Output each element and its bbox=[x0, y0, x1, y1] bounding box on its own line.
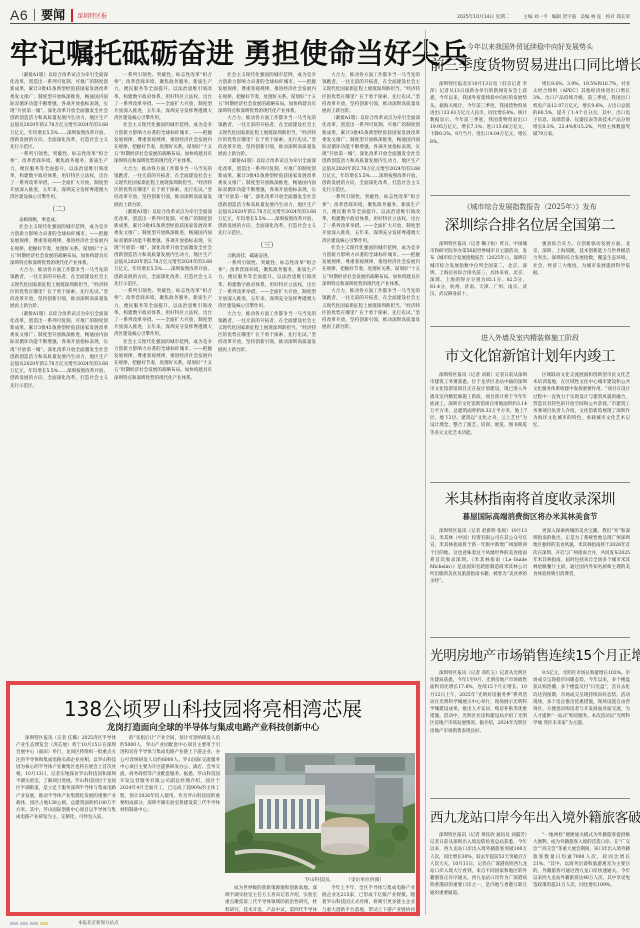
photo-caption: 罗山科技园。 （受访单位供图） bbox=[305, 876, 384, 883]
credit-art-editor: 美编 林 征 bbox=[580, 14, 601, 20]
story-body: 深圳特区报讯（记者 邓红玉）记者从光明区住建局获悉，今年1至9月，光明房地产市场… bbox=[430, 670, 630, 805]
credit-chief-editor: 主编 刘一平 bbox=[523, 14, 547, 20]
story-foreign-trade: 今年以来我国外贸延续稳中向好发展势头 前三季度货物贸易进出口同比增长4% 深圳特… bbox=[430, 42, 630, 196]
luoshan-tech-park-photo bbox=[225, 753, 415, 873]
masthead-red-divider bbox=[71, 9, 73, 22]
masthead: A6 要闻 深圳特区报 2025年10月14日 星期二 主编 刘一平 编辑 贺宇… bbox=[10, 6, 630, 24]
lead-paragraph: 社会主义现代化强国的城市范例，成为竞争力创新力影响力卓著的全球标杆城市。——把握… bbox=[218, 72, 316, 115]
section-mark-three: （三） bbox=[218, 242, 316, 249]
feature-column-3: 成为世界级的创新策源地和创新高地。深圳平湖实验室主任万玉喜向记者介绍，实验室重点… bbox=[225, 885, 317, 912]
lead-paragraph: （紧接A1版）以综合改革试点为牵引全面深化改革，创造出一系列可复制、可推广的制度… bbox=[10, 311, 108, 390]
color-bar bbox=[20, 922, 28, 925]
story-column: 深圳特区报讯（记者 黄钰欣 通讯员 刘露芳）记者日前从深圳出入境边防检查总站获悉… bbox=[430, 832, 527, 920]
story-column: 深圳特区报北京10月13日电（驻京记者 李萍）记者从13日国新办举行的新闻发布会… bbox=[430, 81, 527, 196]
masthead-divider bbox=[34, 9, 35, 21]
lead-paragraph: 社会主义现代化强国的城市范例，成为竞争力创新力影响力卓著的全球标杆城市。——把握… bbox=[322, 245, 420, 288]
story-column: 深圳特区报讯（记者 鞠子桓）昨日，中国城市和研究院举办第56届世界城市日主题活动… bbox=[430, 241, 527, 323]
lead-paragraph: 大合力，推动各方面工作都争当一马当先的领跑者，一往无前的开拓者，在全面建设社会主… bbox=[10, 267, 108, 310]
story-cultural-center: 进入外墙及室内精装修施工阶段 市文化馆新馆计划年内竣工 深圳特区报讯（记者 刘莉… bbox=[430, 333, 630, 480]
story-divider bbox=[430, 482, 630, 483]
lead-paragraph: 一系列引领性、突破性、标志性改革“组合拳”；改革营商环境，聚焦政务服务、新质生产… bbox=[322, 194, 420, 244]
feature-paragraph: 深圳特区报讯（记者 任璐）2025湾区半导体产业生态博览会（湾芯展）将于10月1… bbox=[16, 735, 116, 821]
story-headline: 西九龙站口岸今年出入境外籍旅客破百万 bbox=[430, 806, 630, 826]
lead-paragraph: （紧接A1版）以综合改革试点为牵引全面深化改革，创造出一系列可复制、可推广的制度… bbox=[322, 115, 420, 194]
section-label: 要闻 bbox=[41, 6, 65, 23]
lead-paragraph: 大合力，推动各方面工作都争当一马当先的领跑者，一往无前的开拓者，在全面建设社会主… bbox=[114, 166, 212, 209]
lead-paragraph: 社会主义现代化强国的城市范例，成为竞争力创新力影响力卓著的全球标杆城市。——把握… bbox=[10, 224, 108, 267]
story-west-kowloon: 西九龙站口岸今年出入境外籍旅客破百万 深圳特区报讯（记者 黄钰欣 通讯员 刘露芳… bbox=[430, 806, 630, 920]
lead-column-4: 大合力，推动各方面工作都争当一马当先的领跑者，一往无前的开拓者，在全面建设社会主… bbox=[322, 72, 420, 677]
story-column: 强劲综合实力。在创新驱动发展方面，北京、深圳、上海领跑，技术创新能力与世界级活力… bbox=[533, 241, 630, 323]
story-michelin: 米其林指南将首度收录深圳 暮屋国际高端消费街区将办米其林美食节 深圳特区报讯（记… bbox=[430, 488, 630, 643]
story-body: 深圳特区报讯（记者 黄钰欣 通讯员 刘露芳）记者日前从深圳出入境边防检查总站获悉… bbox=[430, 832, 630, 920]
story-headline: 深圳综合排名位居全国第二 bbox=[430, 214, 630, 235]
feature-paragraph: 的“先租后让”产业空间，预计可容纳研发人员约5000人，罗山产业园配套中心项目主… bbox=[120, 735, 220, 814]
lead-paragraph: 大合力，推动各方面工作都争当一马当先的领跑者，一往无前的开拓者，在全面建设社会主… bbox=[218, 115, 316, 158]
section-two-lead: 奋楫扬帆，事竟成。 bbox=[10, 217, 108, 224]
page-number: A6 bbox=[10, 7, 28, 23]
lead-paragraph: （紧接A1版）以综合改革试点为牵引全面深化改革，创造出一系列可复制、可推广的制度… bbox=[10, 72, 108, 151]
issue-date: 2025年10月14日 星期二 bbox=[457, 14, 509, 20]
section-three-lead: 云帆高挂，砥砺奋进。 bbox=[218, 253, 316, 260]
story-body: 深圳特区报讯（记者 赵新明 张锐）10月13日，米其林（中国）投资有限公司在其公… bbox=[430, 528, 630, 643]
lead-paragraph: （紧接A1版）以综合改革试点为牵引全面深化改革，创造出一系列可复制、可推广的制度… bbox=[114, 209, 212, 288]
story-column: 深圳特区报讯（记者 刘莉）记者日前从深圳市建筑工务署获悉，位于龙华区北站中轴的深… bbox=[430, 372, 527, 480]
story-body: 深圳特区报讯（记者 刘莉）记者日前从深圳市建筑工务署获悉，位于龙华区北站中轴的深… bbox=[430, 372, 630, 480]
lead-paragraph: 社会主义现代化强国的城市范例，成为竞争力创新力影响力卓著的全球标杆城市。——把握… bbox=[114, 339, 212, 382]
editor-credits: 主编 刘一平 编辑 贺宇波 美编 林 征 校对 郑长荣 bbox=[523, 14, 630, 20]
feature-headline: 138公顷罗山科技园将亮相湾芯展 bbox=[10, 693, 416, 722]
story-column: 增长9.6%、3.9%、19.5%和16.7%，对亚太经合组织（APEC）其他经… bbox=[533, 81, 630, 196]
page-footer: 本报北京新闻分站点 bbox=[10, 918, 630, 928]
lead-column-3: 社会主义现代化强国的城市范例，成为竞争力创新力影响力卓著的全球标杆城市。——把握… bbox=[218, 72, 316, 677]
lead-paragraph: 大合力，推动各方面工作都争当一马当先的领跑者，一往无前的开拓者，在全面建设社会主… bbox=[322, 288, 420, 331]
story-body: 深圳特区报讯（记者 鞠子桓）昨日，中国城市和研究院举办第56届世界城市日主题活动… bbox=[430, 241, 630, 323]
color-bar bbox=[30, 922, 38, 925]
photo-credit: （受访单位供图） bbox=[346, 876, 384, 883]
footer-text: 本报北京新闻分站点 bbox=[78, 920, 119, 926]
story-headline: 米其林指南将首度收录深圳 bbox=[430, 488, 630, 509]
caption-text: 罗山科技园。 bbox=[305, 876, 334, 883]
story-column: 深圳特区报讯（记者 邓红玉）记者从光明区住建局获悉，今年1至9月，光明房地产市场… bbox=[430, 670, 527, 805]
feature-subhead: 龙岗打造面向全球的半导体与集成电路产业科技创新中心 bbox=[10, 721, 416, 733]
lead-column-1: （紧接A1版）以综合改革试点为牵引全面深化改革，创造出一系列可复制、可推广的制度… bbox=[10, 72, 108, 557]
column-divider bbox=[425, 30, 426, 915]
lead-paragraph: 社会主义现代化强国的城市范例，成为竞争力创新力影响力卓著的全球标杆城市。——把握… bbox=[114, 122, 212, 165]
story-guangming-property: 光明房地产市场销售连续15个月正增长 深圳特区报讯（记者 邓红玉）记者从光明区住… bbox=[430, 644, 630, 805]
color-bar bbox=[10, 922, 18, 925]
story-column: 9.5亿元，光明区市场认购量增长102%。市场成交呈现稳步回暖态势，今年以来，多… bbox=[533, 670, 630, 805]
lead-paragraph: 一系列引领性、突破性、标志性改革“组合拳”；改革营商环境，聚焦政务服务、新质生产… bbox=[114, 288, 212, 338]
lead-paragraph: 一系列引领性、突破性、标志性改革“组合拳”；改革营商环境，聚焦政务服务、新质生产… bbox=[10, 151, 108, 201]
lead-paragraph: 一系列引领性、突破性、标志性改革“组合拳”；改革营商环境，聚焦政务服务、新质生产… bbox=[218, 260, 316, 310]
lead-column-2: 一系列引领性、突破性、标志性改革“组合拳”；改革营商环境，聚焦政务服务、新质生产… bbox=[114, 72, 212, 677]
credit-proofreader: 校对 郑长荣 bbox=[606, 14, 630, 20]
story-divider bbox=[430, 798, 630, 799]
feature-column-4: 今年上半年，全区半导体与集成电路产业链企业达215家，已形成千亿级产业规模。随着… bbox=[322, 885, 415, 912]
story-column: 区域联动文化交流展演和创新型市民文化艺术培训基地，在区域性文化中心城市建设和公共… bbox=[533, 372, 630, 480]
feature-box-luoshan-tech-park: 138公顷罗山科技园将亮相湾芯展 龙岗打造面向全球的半导体与集成电路产业科技创新… bbox=[6, 681, 420, 916]
story-divider bbox=[430, 326, 630, 327]
lead-paragraph: 大合力，推动各方面工作都争当一马当先的领跑者，一往无前的开拓者，在全面建设社会主… bbox=[322, 72, 420, 115]
lead-paragraph: 一系列引领性、突破性、标志性改革“组合拳”；改革营商环境，聚焦政务服务、新质生产… bbox=[114, 72, 212, 122]
story-column: 更深入探索两城的美食宝藏，我们“米”和深圳指南的推出，正是为了系统性地呈现广州深… bbox=[533, 528, 630, 643]
section-mark-two: （二） bbox=[10, 206, 108, 213]
story-headline: 市文化馆新馆计划年内竣工 bbox=[430, 345, 630, 366]
masthead-info: 2025年10月14日 星期二 主编 刘一平 编辑 贺宇波 美编 林 征 校对 … bbox=[457, 14, 630, 20]
feature-paragraph: 成为世界级的创新策源地和创新高地。深圳平湖实验室主任万玉喜向记者介绍，实验室重点… bbox=[225, 885, 317, 912]
story-kicker: 《城市综合发展指数报告（2025年）》发布 bbox=[430, 202, 630, 212]
lead-paragraph: 大合力，推动各方面工作都争当一马当先的领跑者，一往无前的开拓者，在全面建设社会主… bbox=[218, 311, 316, 354]
story-body: 深圳特区报北京10月13日电（驻京记者 李萍）记者从13日国新办举行的新闻发布会… bbox=[430, 81, 630, 196]
story-headline: 光明房地产市场销售连续15个月正增长 bbox=[430, 644, 630, 664]
story-kicker: 进入外墙及室内精装修施工阶段 bbox=[430, 333, 630, 343]
story-divider bbox=[430, 637, 630, 638]
lead-paragraph: （紧接A1版）以综合改革试点为牵引全面深化改革，创造出一系列可复制、可推广的制度… bbox=[218, 158, 316, 237]
feature-column-2: 的“先租后让”产业空间，预计可容纳研发人员约5000人，罗山产业园配套中心项目主… bbox=[120, 735, 220, 910]
aerial-building-photo-icon bbox=[225, 753, 415, 873]
credit-editor: 编辑 贺宇波 bbox=[552, 14, 576, 20]
story-subhead: 暮屋国际高端消费街区将办米其林美食节 bbox=[430, 511, 630, 522]
color-bar bbox=[40, 922, 48, 925]
color-bar-decoration bbox=[10, 922, 48, 925]
story-column: “一地两检”便捷通关模式为外籍旅客提供极大便利，成为外籍旅客入境的首选口岸。在“… bbox=[533, 832, 630, 920]
story-headline: 前三季度货物贸易进出口同比增长4% bbox=[430, 54, 630, 75]
feature-column-1: 深圳特区报讯（记者 任璐）2025湾区半导体产业生态博览会（湾芯展）将于10月1… bbox=[16, 735, 116, 910]
story-column: 深圳特区报讯（记者 赵新明 张锐）10月13日，米其林（中国）投资有限公司在其公… bbox=[430, 528, 527, 643]
lead-headline: 牢记嘱托砥砺奋进 勇担使命当好尖兵 bbox=[10, 32, 468, 72]
newspaper-logo: 深圳特区报 bbox=[77, 11, 107, 20]
story-city-ranking: 《城市综合发展指数报告（2025年）》发布 深圳综合排名位居全国第二 深圳特区报… bbox=[430, 202, 630, 323]
feature-paragraph: 今年上半年，全区半导体与集成电路产业链企业达215家，已形成千亿级产业规模。随着… bbox=[322, 885, 415, 912]
story-divider bbox=[430, 195, 630, 196]
story-kicker: 今年以来我国外贸延续稳中向好发展势头 bbox=[430, 42, 630, 52]
